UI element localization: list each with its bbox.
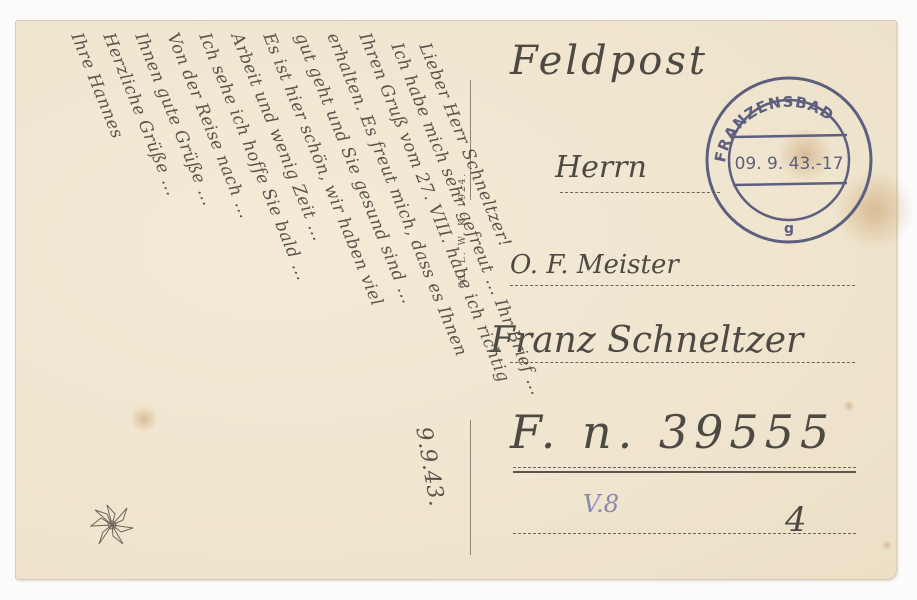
postcard: 65. L. W. K. 1924. Feldpost FRANZENSBAD … (15, 20, 897, 580)
address-line-3 (510, 362, 855, 363)
postmark-date: 09. 9. 43.-17 (735, 154, 844, 174)
address-fieldpost-number: F. n. 39555 (510, 405, 835, 459)
address-underline (513, 471, 856, 473)
address-line-4 (513, 467, 856, 468)
address-line-5 (513, 533, 856, 534)
corner-mark: 4 (785, 500, 807, 540)
address-line-2 (510, 285, 855, 286)
edelweiss-icon (87, 500, 137, 550)
stain (843, 400, 855, 412)
message-date: 9.9.43. (410, 425, 449, 509)
stain (130, 405, 158, 433)
address-salutation: Herrn (555, 150, 647, 185)
address-line-1 (560, 192, 720, 193)
stain (882, 540, 892, 550)
center-divider-bottom (470, 420, 471, 555)
postmark-stamp: FRANZENSBAD 09. 9. 43.-17 g (697, 65, 877, 245)
address-name: Franz Schneltzer (490, 320, 803, 361)
feldpost-header: Feldpost (510, 38, 708, 84)
postmark-office-letter: g (784, 221, 794, 237)
pencil-note: V.8 (583, 490, 619, 518)
address-rank: O. F. Meister (510, 250, 679, 280)
